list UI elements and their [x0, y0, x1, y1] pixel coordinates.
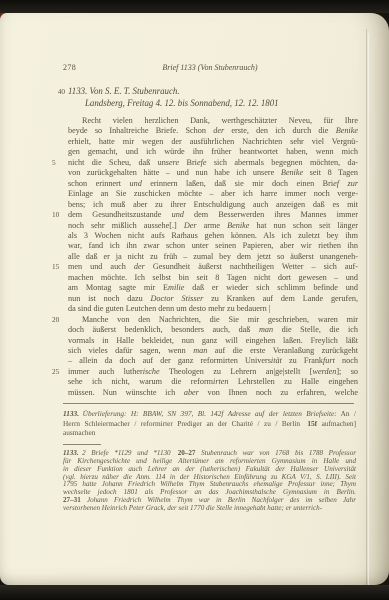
letter-heading: 401133. Von S. E. T. Stubenrauch.Landsbe…: [68, 86, 357, 109]
letter-body-line: vormals in Halle bekleidet, nun ganz wil…: [68, 336, 358, 346]
commentary-line: verstorbenen Heinrich Peter Grack, der s…: [63, 505, 356, 513]
letter-body-line: am Montag sagte mir Emilie daß er wieder…: [68, 283, 358, 293]
letter-body-line: müssen. Nun wünschte ich aber von Ihnen …: [68, 388, 358, 398]
letter-body-line: erhielt, hatte mir wegen der ausführlich…: [68, 137, 358, 147]
letter-body-line: als 3 Wochen nicht aufs Rathaus gehen kö…: [68, 231, 358, 241]
letter-body-line: 10dem Gesundheitszustande und dem Besser…: [68, 210, 358, 220]
letter-body-line: alle daß er ja nicht zu früh – zumal bey…: [68, 252, 358, 262]
apparatus-divider-rule: [63, 403, 354, 404]
margin-line-number: 25: [52, 367, 65, 377]
letter-body-line: 20Manche von den Nachrichten, die Sie mi…: [68, 315, 358, 325]
letter-body-line: Recht vielen herzlichen Dank, werthgesch…: [68, 116, 358, 126]
letter-body-line: war, fand ich ihn zwar schon unter seine…: [68, 241, 358, 251]
letter-body-line: doch äußerst bedenklich, besonders auch,…: [68, 325, 358, 335]
apparatus-line: Herrn Schleiermacher / reformirter Predi…: [63, 419, 356, 429]
running-head: Brief 1133 (Von Stubenrauch): [63, 63, 357, 72]
letter-body: Recht vielen herzlichen Dank, werthgesch…: [68, 116, 358, 398]
commentary-divider-rule: [63, 444, 101, 445]
letter-body-line: Einlage an Sie zuschicken möchte – aber …: [68, 189, 358, 199]
margin-line-number: 15: [52, 262, 65, 272]
photo-top-border: [0, 0, 389, 13]
page-edge-crease: [366, 29, 367, 595]
letter-heading-line: Landsberg, Freitag 4. 12. bis Sonnabend,…: [85, 98, 357, 110]
letter-body-line: bens; ich muß aber zu ihrer Entschuldigu…: [68, 200, 358, 210]
letter-heading-line: 401133. Von S. E. T. Stubenrauch.: [68, 86, 357, 98]
letter-body-line: da sind die guten Leutchen denn um desto…: [68, 304, 358, 314]
letter-body-line: 15men und auch der Gesundheit äußerst na…: [68, 262, 358, 272]
page-edge-highlight: [368, 33, 369, 595]
letter-body-line: nun ist noch dazu Doctor Stisser zu Kran…: [68, 294, 358, 304]
letter-body-line: beyde so Inhaltreiche Briefe. Schon der …: [68, 126, 358, 136]
margin-line-number: 20: [52, 315, 65, 325]
commentary-block: 1133. 2 Briefe *1129 und *1130 20–27 Stu…: [63, 450, 356, 513]
apparatus-block: 1133. Überlieferung: H: BBAW, SN 397, Bl…: [63, 409, 356, 438]
letter-body-line: – allein da doch auf der ganz reformirte…: [68, 356, 358, 366]
photo-bottom-border: [0, 585, 389, 600]
letter-body-line: schon erinnert und erinnern laßen, daß s…: [68, 179, 358, 189]
apparatus-line: 1133. Überlieferung: H: BBAW, SN 397, Bl…: [63, 409, 356, 419]
book-photo: 278 Brief 1133 (Von Stubenrauch) 401133.…: [0, 0, 389, 600]
letter-body-line: machen möchte. Ich selbst bin seit 8 Tag…: [68, 273, 358, 283]
margin-line-number: 10: [52, 210, 65, 220]
book-page: 278 Brief 1133 (Von Stubenrauch) 401133.…: [0, 13, 389, 585]
page-header: 278 Brief 1133 (Von Stubenrauch): [63, 63, 357, 75]
margin-line-number: 5: [52, 158, 65, 168]
letter-body-line: sehe ich nicht, warum die reformirten Le…: [68, 377, 358, 387]
letter-body-line: 5nicht die Scheu, daß unsere Briefe sich…: [68, 158, 358, 168]
letter-body-line: gen gemacht, und ich würde ihn früher be…: [68, 147, 358, 157]
margin-line-number: 40: [52, 86, 65, 98]
letter-body-line: 25immer auch lutherische Theologen zu Le…: [68, 367, 358, 377]
letter-body-line: noch sehr mißlich aussehe[.] Der arme Be…: [68, 221, 358, 231]
letter-body-line: sich vieles dafür sagen, wenn man auf di…: [68, 346, 358, 356]
letter-body-line: von zurückgehalten hätte – und nun habe …: [68, 168, 358, 178]
apparatus-line: ausmachen: [63, 428, 356, 438]
